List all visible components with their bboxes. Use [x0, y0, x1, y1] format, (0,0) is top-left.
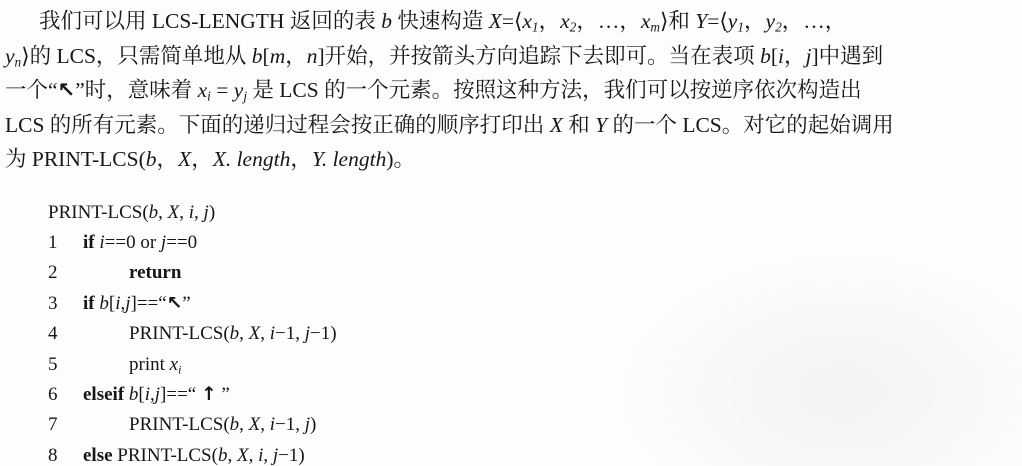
text-token: b — [99, 293, 109, 314]
statement: PRINT-LCS(b, X, i−1, j) — [129, 410, 316, 440]
text-token: , — [227, 445, 237, 466]
text-token: 是 LCS 的一个元素。按照这种方法，我们可以按逆序依次构造出 — [247, 78, 862, 102]
line-number: 8 — [48, 441, 83, 466]
text-token: X — [249, 414, 261, 435]
northwest-arrow-icon: ↖ — [58, 77, 76, 102]
text-token: ) — [209, 202, 215, 223]
paragraph-line: 为 PRINT-LCS(b，X，X. length，Y. length)。 — [5, 142, 1015, 177]
text-token: , — [239, 323, 249, 344]
text-token: PRINT-LCS( — [129, 323, 230, 344]
text-token: )。 — [386, 147, 415, 171]
text-token: PRINT-LCS( — [117, 445, 218, 466]
text-token: b — [146, 147, 157, 171]
text-token: Y — [695, 9, 707, 33]
text-token: y — [728, 9, 738, 33]
text-token: ==0 or — [105, 232, 161, 253]
text-token: [ — [771, 44, 778, 68]
text-token: ]==“ — [131, 293, 167, 314]
text-token: m — [650, 20, 660, 35]
text-token: ”时，意味着 — [75, 78, 197, 102]
print-lcs-pseudocode-block: PRINT-LCS(b, X, i, j)1if i==0 or j==02re… — [48, 197, 337, 466]
statement: elseif b[i,j]==“ ↑ ” — [83, 380, 230, 410]
text-token: x — [198, 78, 208, 102]
text-token: b — [230, 414, 240, 435]
paragraph-line: yn⟩的 LCS，只需简单地从 b[m，n]开始，并按箭头方向追踪下去即可。当在… — [5, 39, 1015, 74]
pseudocode-line: 7PRINT-LCS(b, X, i−1, j) — [48, 410, 337, 440]
text-token: ==0 — [166, 232, 197, 253]
text-token: X — [489, 9, 502, 33]
text-token: ” — [182, 293, 190, 314]
paragraph-line: 一个“↖”时，意味着 xi = yj 是 LCS 的一个元素。按照这种方法，我们… — [5, 73, 1015, 108]
text-token: , — [249, 445, 259, 466]
text-token: x — [641, 9, 651, 33]
line-number: 1 — [48, 228, 83, 258]
text-token: ， — [290, 147, 312, 171]
text-token: x — [560, 9, 570, 33]
text-token: else — [83, 445, 117, 466]
text-token: X — [550, 113, 563, 137]
pseudocode-line: 6elseif b[i,j]==“ ↑ ” — [48, 380, 337, 410]
text-token: n — [307, 44, 318, 68]
text-token: y — [5, 44, 15, 68]
text-token: , — [239, 414, 249, 435]
text-token: −1) — [278, 445, 305, 466]
text-token: PRINT-LCS( — [129, 414, 230, 435]
text-token: ，…， — [782, 9, 847, 33]
scanned-textbook-page: 我们可以用 LCS-LENGTH 返回的表 b 快速构造 X=⟨x1，x2，…，… — [0, 0, 1022, 466]
text-token: m — [270, 44, 286, 68]
text-token: 的一个 LCS。对它的起始调用 — [607, 113, 894, 137]
text-token: ]中遇到 — [811, 44, 883, 68]
text-token: 为 PRINT-LCS( — [5, 147, 146, 171]
text-token: ” — [217, 384, 230, 405]
pseudocode-line: 3if b[i,j]==“↖” — [48, 289, 337, 319]
text-token: ， — [784, 44, 806, 68]
scan-shadow — [622, 256, 1022, 466]
text-token: 1 — [532, 20, 539, 35]
text-token: X. length — [213, 147, 291, 171]
text-token: if — [83, 232, 99, 253]
pseudocode-line: 5print xi — [48, 350, 337, 380]
line-number: 5 — [48, 350, 83, 380]
text-token: −1) — [310, 323, 337, 344]
statement: return — [129, 258, 181, 288]
pseudocode-line: 4PRINT-LCS(b, X, i−1, j−1) — [48, 319, 337, 349]
text-token: X — [178, 147, 191, 171]
text-token: ， — [744, 9, 766, 33]
text-token: b — [230, 323, 240, 344]
text-token: −1, — [275, 323, 305, 344]
text-token: i — [178, 363, 181, 376]
northwest-arrow-icon: ↖ — [167, 293, 183, 314]
pseudocode-line: 2return — [48, 258, 337, 288]
text-token: ， — [285, 44, 307, 68]
text-token: b — [760, 44, 771, 68]
text-token: ) — [310, 414, 316, 435]
text-token: −1, — [275, 414, 305, 435]
text-token: ， — [157, 147, 179, 171]
line-number: 4 — [48, 319, 83, 349]
text-token: b — [149, 202, 159, 223]
text-token: 一个“ — [5, 78, 58, 102]
statement: else PRINT-LCS(b, X, i, j−1) — [83, 441, 305, 466]
text-token: if — [83, 293, 99, 314]
text-token: b — [252, 44, 263, 68]
lcs-intro-paragraph: 我们可以用 LCS-LENGTH 返回的表 b 快速构造 X=⟨x1，x2，…，… — [5, 4, 1015, 177]
text-token: ⟩和 — [660, 9, 695, 33]
text-token: ，…， — [576, 9, 641, 33]
text-token: b — [129, 384, 139, 405]
text-token: , — [260, 414, 270, 435]
text-token: print — [129, 354, 170, 375]
text-token: LCS 的所有元素。下面的递归过程会按正确的顺序打印出 — [5, 113, 550, 137]
line-number: 2 — [48, 258, 83, 288]
text-token: , — [260, 323, 270, 344]
text-token: ， — [539, 9, 561, 33]
text-token: = — [211, 78, 234, 102]
line-number: 3 — [48, 289, 83, 319]
text-token: PRINT-LCS( — [48, 202, 149, 223]
text-token: 快速构造 — [392, 9, 489, 33]
paragraph-line: LCS 的所有元素。下面的递归过程会按正确的顺序打印出 X 和 Y 的一个 LC… — [5, 108, 1015, 143]
text-token: ， — [191, 147, 213, 171]
text-token: ]==“ — [160, 384, 201, 405]
text-token: , — [194, 202, 204, 223]
text-token: X — [249, 323, 261, 344]
pseudocode-title: PRINT-LCS(b, X, i, j) — [48, 197, 337, 228]
pseudocode-line: 1if i==0 or j==0 — [48, 228, 337, 258]
text-token: x — [522, 9, 532, 33]
text-token: 1 — [737, 20, 744, 35]
line-number: 7 — [48, 410, 83, 440]
up-arrow-icon: ↑ — [201, 384, 217, 405]
statement: PRINT-LCS(b, X, i−1, j−1) — [129, 319, 337, 349]
text-token: 2 — [775, 20, 782, 35]
text-token: Y — [595, 113, 607, 137]
line-number: 6 — [48, 380, 83, 410]
statement: if b[i,j]==“↖” — [83, 289, 191, 319]
text-token: y — [766, 9, 776, 33]
text-token: =⟨ — [707, 9, 728, 33]
text-token: elseif — [83, 384, 129, 405]
text-token: , — [179, 202, 189, 223]
text-token: X — [168, 202, 180, 223]
text-token: , — [158, 202, 168, 223]
text-token: 我们可以用 LCS-LENGTH 返回的表 — [39, 9, 381, 33]
text-token: , — [263, 445, 273, 466]
text-token: =⟨ — [502, 9, 523, 33]
text-token: b — [381, 9, 392, 33]
text-token: x — [170, 354, 178, 375]
statement: if i==0 or j==0 — [83, 228, 197, 258]
text-token: ⟩的 LCS，只需简单地从 — [21, 44, 252, 68]
text-token: 和 — [563, 113, 595, 137]
text-token: ]开始，并按箭头方向追踪下去即可。当在表项 — [318, 44, 761, 68]
text-token: y — [234, 78, 244, 102]
text-token: [ — [263, 44, 270, 68]
text-token: return — [129, 262, 181, 283]
text-token: X — [237, 445, 249, 466]
pseudocode-line: 8else PRINT-LCS(b, X, i, j−1) — [48, 441, 337, 466]
text-token: Y. length — [312, 147, 386, 171]
paragraph-line: 我们可以用 LCS-LENGTH 返回的表 b 快速构造 X=⟨x1，x2，…，… — [5, 4, 1015, 39]
statement: print xi — [129, 350, 181, 380]
